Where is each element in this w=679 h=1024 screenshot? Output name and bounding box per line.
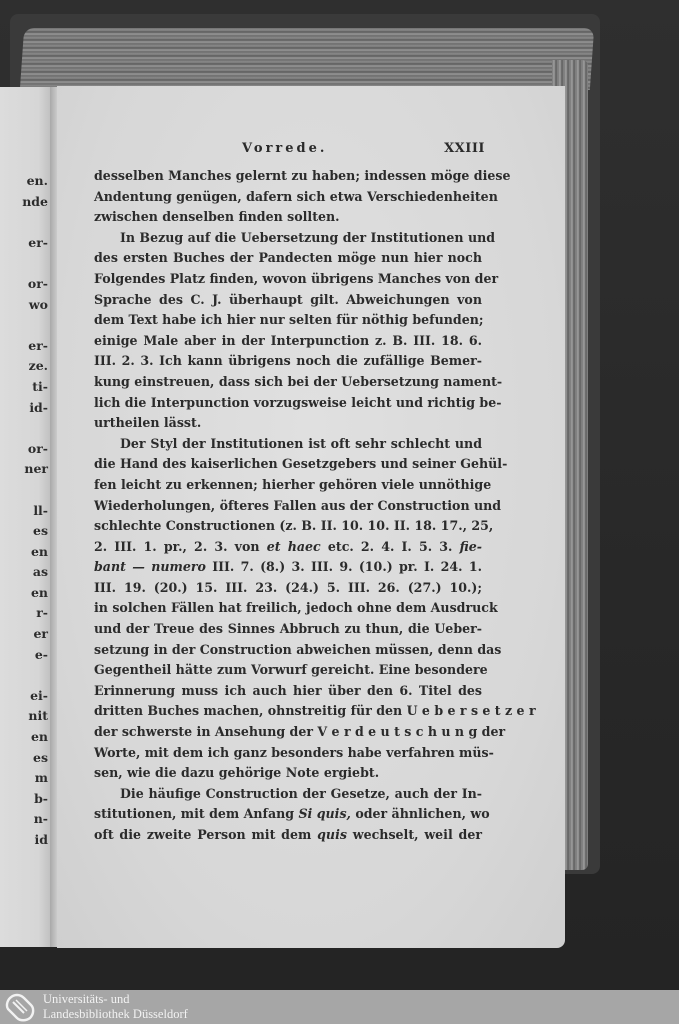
left-page-line-fragment: b- bbox=[0, 789, 48, 810]
text-line: Worte, mit dem ich ganz besonders habe v… bbox=[94, 743, 482, 764]
text-run: oder ähnlichen, wo bbox=[351, 806, 490, 821]
text-line: Gegentheil hätte zum Vorwurf gereicht. E… bbox=[94, 660, 482, 681]
left-page-line-fragment bbox=[0, 665, 48, 686]
text-line: Andentung genügen, dafern sich etwa Vers… bbox=[94, 187, 482, 208]
text-line: oft die zweite Person mit dem quis wechs… bbox=[94, 825, 482, 846]
italic-phrase: et haec bbox=[267, 539, 321, 554]
left-page-line-fragment: as bbox=[0, 562, 48, 583]
left-page-line-fragment bbox=[0, 418, 48, 439]
text-line: schlechte Constructionen (z. B. II. 10. … bbox=[94, 516, 482, 537]
text-run: etc. 2. 4. I. 5. 3. bbox=[321, 539, 460, 554]
library-footer-bar: Universitäts- und Landesbibliothek Düsse… bbox=[0, 990, 679, 1024]
left-page-line-fragment: ll- bbox=[0, 501, 48, 522]
text-line: lich die Interpunction vorzugsweise leic… bbox=[94, 393, 482, 414]
left-page-line-fragment: n- bbox=[0, 809, 48, 830]
left-page-line-fragment: ei- bbox=[0, 686, 48, 707]
text-line: fen leicht zu erkennen; hierher gehören … bbox=[94, 475, 482, 496]
left-page-line-fragment: en bbox=[0, 727, 48, 748]
text-line: urtheilen lässt. bbox=[94, 413, 482, 434]
text-line: Erinnerung muss ich auch hier über den 6… bbox=[94, 681, 482, 702]
left-page-line-fragment: er bbox=[0, 624, 48, 645]
page-number: XXIII bbox=[444, 141, 485, 156]
text-line: 2. III. 1. pr., 2. 3. von et haec etc. 2… bbox=[94, 537, 482, 558]
left-page-line-fragment: id bbox=[0, 830, 48, 851]
page-edges-top bbox=[20, 28, 594, 90]
text-line: der schwerste in Ansehung der V e r d e … bbox=[94, 722, 482, 743]
italic-phrase: fie- bbox=[460, 539, 482, 554]
left-page-line-fragment: m bbox=[0, 768, 48, 789]
italic-phrase: quis bbox=[317, 827, 347, 842]
text-line: Die häufige Construction der Gesetze, au… bbox=[94, 784, 482, 805]
left-page-line-fragment: en. bbox=[0, 171, 48, 192]
text-line: III. 19. (20.) 15. III. 23. (24.) 5. III… bbox=[94, 578, 482, 599]
text-line: III. 2. 3. Ich kann übrigens noch die zu… bbox=[94, 351, 482, 372]
italic-phrase: Si quis, bbox=[298, 806, 350, 821]
text-line: stitutionen, mit dem Anfang Si quis, ode… bbox=[94, 804, 482, 825]
text-run: wechselt, weil der bbox=[347, 827, 482, 842]
left-page-line-fragment: nde bbox=[0, 192, 48, 213]
text-line: sen, wie die dazu gehörige Note ergiebt. bbox=[94, 763, 482, 784]
left-page-line-fragment: e- bbox=[0, 645, 48, 666]
left-page-line-fragment bbox=[0, 480, 48, 501]
left-page-line-fragment: er- bbox=[0, 336, 48, 357]
text-run: stitutionen, mit dem Anfang bbox=[94, 806, 298, 821]
text-line: Wiederholungen, öfteres Fallen aus der C… bbox=[94, 496, 482, 517]
text-run: 2. III. 1. pr., 2. 3. von bbox=[94, 539, 267, 554]
text-line: in solchen Fällen hat freilich, jedoch o… bbox=[94, 598, 482, 619]
left-page-line-fragment: ner bbox=[0, 459, 48, 480]
text-line: dem Text habe ich hier nur selten für nö… bbox=[94, 310, 482, 331]
left-page-line-fragment: en bbox=[0, 542, 48, 563]
left-page-line-fragment bbox=[0, 212, 48, 233]
left-page-line-fragment: nit bbox=[0, 706, 48, 727]
body-text: desselben Manches gelernt zu haben; inde… bbox=[94, 166, 482, 846]
text-line: In Bezug auf die Uebersetzung der Instit… bbox=[94, 228, 482, 249]
left-page-line-fragment: ti- bbox=[0, 377, 48, 398]
left-page-text-fragments: en.nde er- or-wo er-ze.ti-id- or-ner ll-… bbox=[0, 171, 48, 851]
text-line: zwischen denselben finden sollten. bbox=[94, 207, 482, 228]
text-line: desselben Manches gelernt zu haben; inde… bbox=[94, 166, 482, 187]
text-line: kung einstreuen, dass sich bei der Ueber… bbox=[94, 372, 482, 393]
text-line: die Hand des kaiserlichen Gesetzgebers u… bbox=[94, 454, 482, 475]
text-line: Folgendes Platz finden, wovon übrigens M… bbox=[94, 269, 482, 290]
text-run: oft die zweite Person mit dem bbox=[94, 827, 317, 842]
text-line: bant — numero III. 7. (8.) 3. III. 9. (1… bbox=[94, 557, 482, 578]
left-page-line-fragment: wo bbox=[0, 295, 48, 316]
left-page-line-fragment: ze. bbox=[0, 356, 48, 377]
left-page-line-fragment bbox=[0, 315, 48, 336]
text-line: und der Treue des Sinnes Abbruch zu thun… bbox=[94, 619, 482, 640]
left-page-line-fragment: er- bbox=[0, 233, 48, 254]
left-page-line-fragment: id- bbox=[0, 398, 48, 419]
left-page-line-fragment: es bbox=[0, 521, 48, 542]
left-page-line-fragment: r- bbox=[0, 603, 48, 624]
left-page-line-fragment: or- bbox=[0, 274, 48, 295]
text-line: des ersten Buches der Pandecten möge nun… bbox=[94, 248, 482, 269]
left-page-line-fragment: or- bbox=[0, 439, 48, 460]
italic-phrase: bant — numero bbox=[94, 559, 206, 574]
text-line: einige Male aber in der Interpunction z.… bbox=[94, 331, 482, 352]
left-page-line-fragment bbox=[0, 253, 48, 274]
text-line: Der Styl der Institutionen ist oft sehr … bbox=[94, 434, 482, 455]
library-logo-icon bbox=[4, 992, 36, 1022]
left-page-line-fragment: en bbox=[0, 583, 48, 604]
text-line: Sprache des C. J. überhaupt gilt. Abweic… bbox=[94, 290, 482, 311]
library-name-line-1: Universitäts- und bbox=[43, 992, 188, 1007]
text-line: setzung in der Construction abweichen mü… bbox=[94, 640, 482, 661]
left-page-line-fragment: es bbox=[0, 748, 48, 769]
text-line: dritten Buches machen, ohnstreitig für d… bbox=[94, 701, 482, 722]
running-head: Vorrede. XXIII bbox=[90, 141, 485, 161]
text-run: III. 7. (8.) 3. III. 9. (10.) pr. I. 24.… bbox=[206, 559, 482, 574]
library-name: Universitäts- und Landesbibliothek Düsse… bbox=[43, 992, 188, 1022]
library-name-line-2: Landesbibliothek Düsseldorf bbox=[43, 1007, 188, 1022]
running-title: Vorrede. bbox=[242, 141, 327, 156]
